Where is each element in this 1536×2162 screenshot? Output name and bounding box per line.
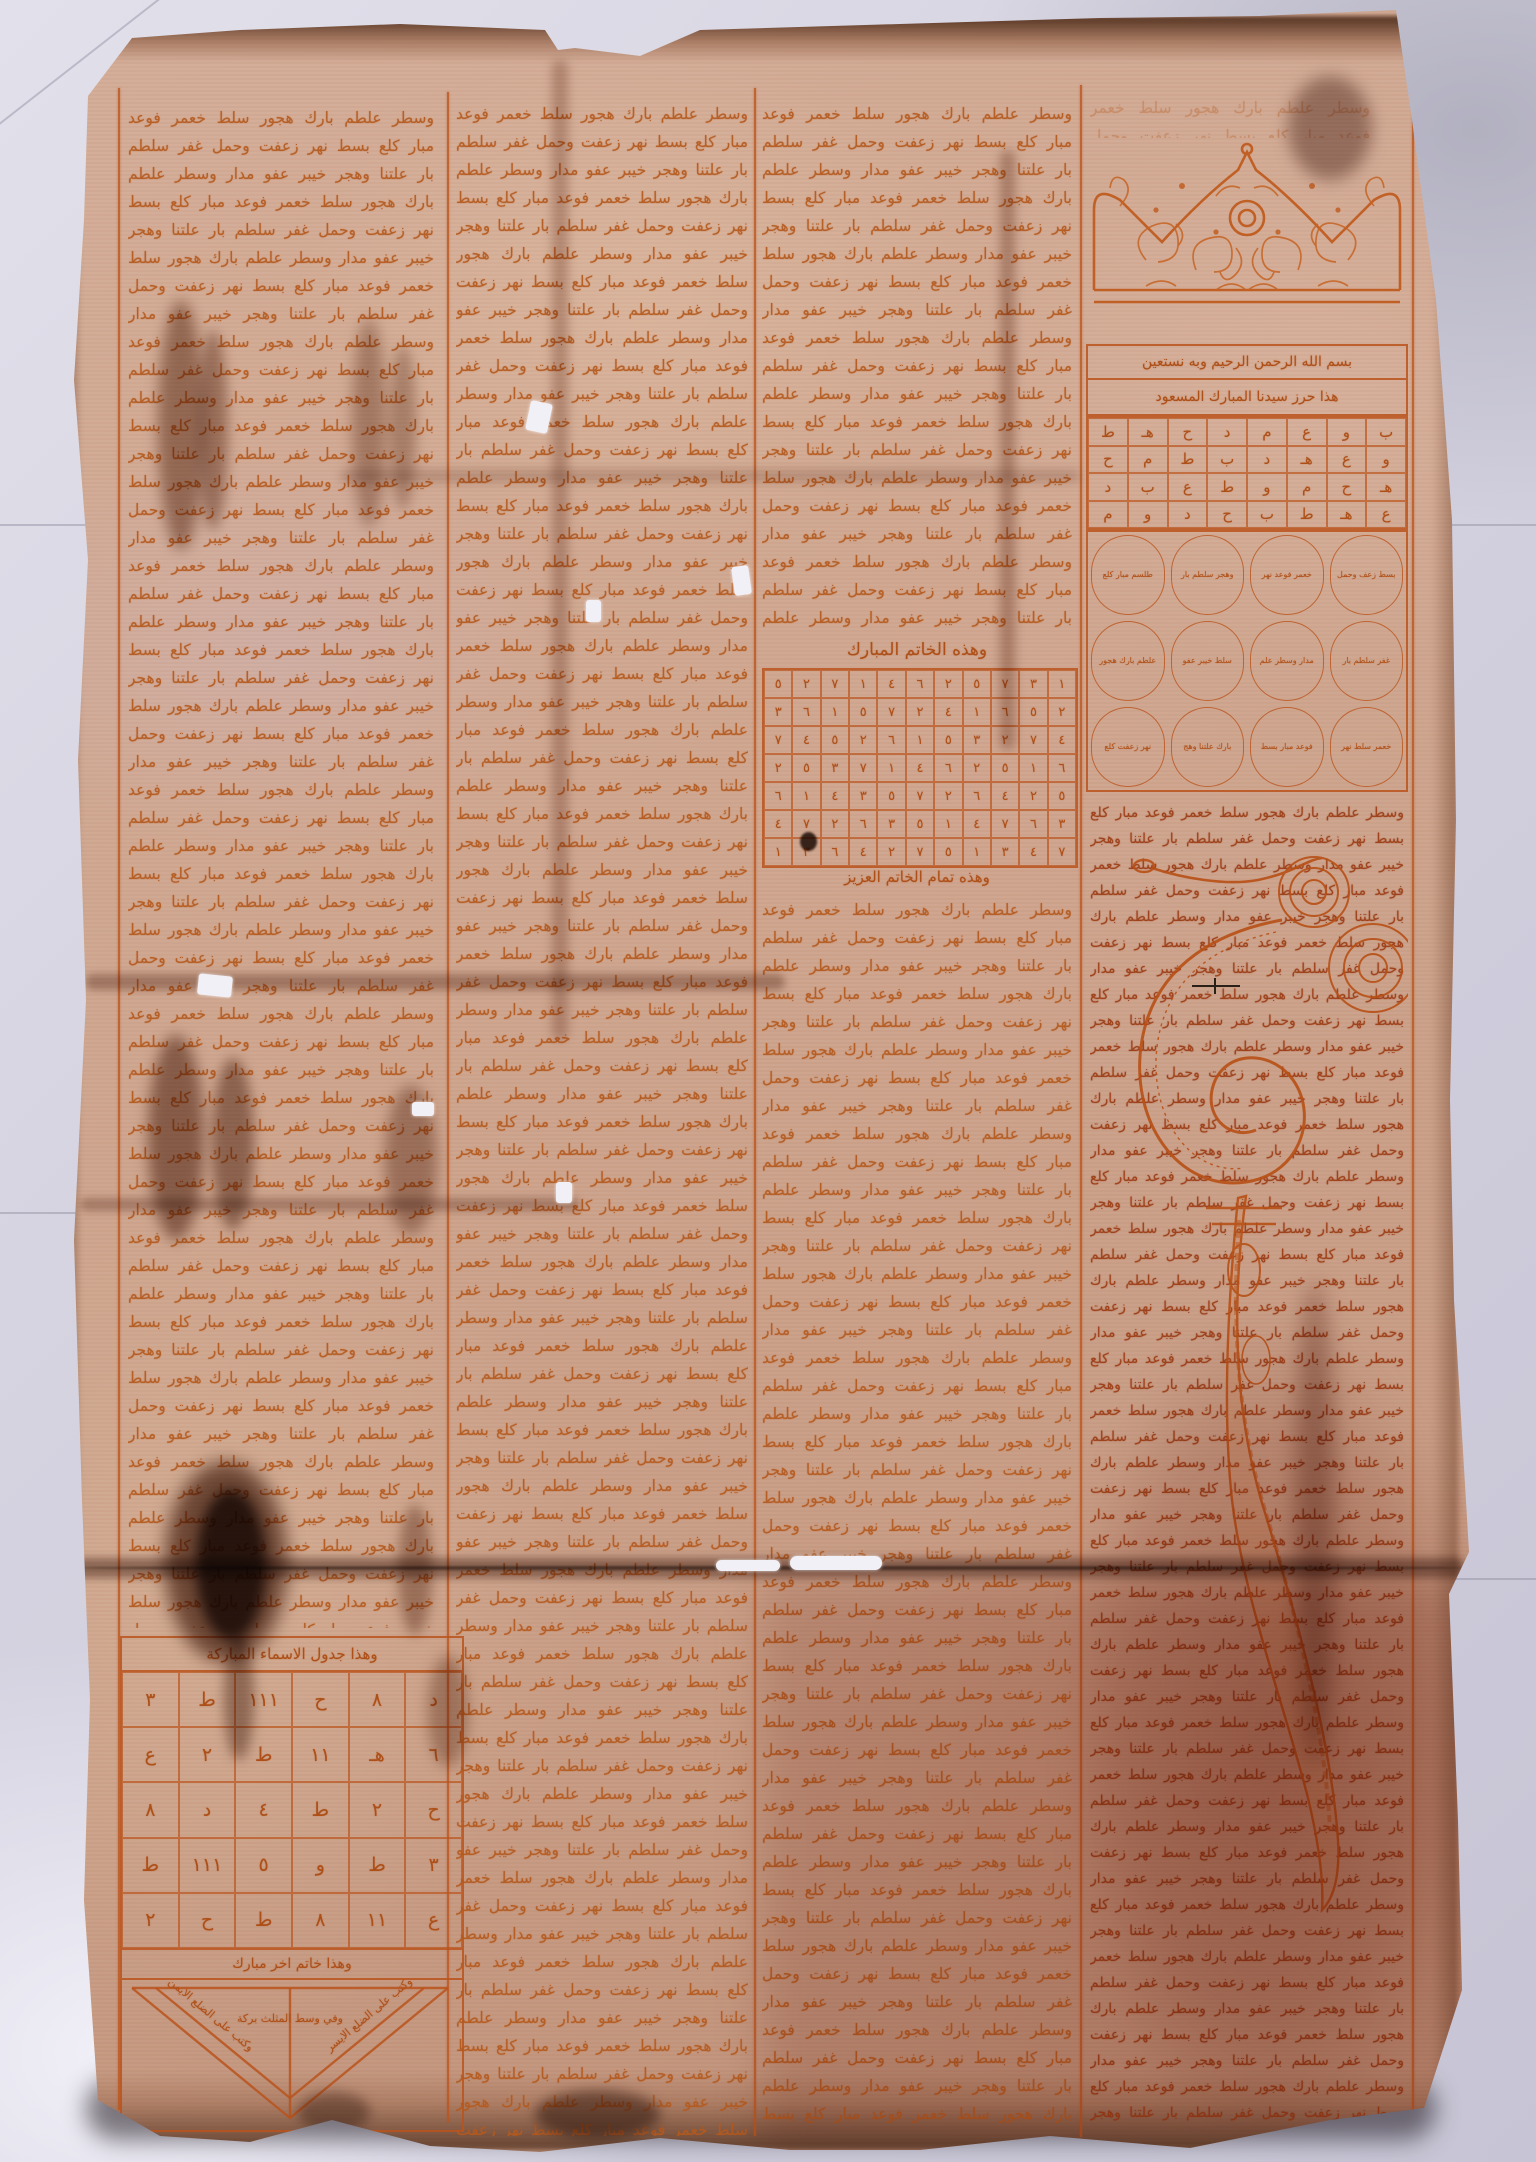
grid-cell: د bbox=[405, 1672, 462, 1727]
grid-cell: ٧ bbox=[906, 838, 934, 866]
grid-cell: ٥ bbox=[1019, 698, 1047, 726]
grid-cell: ح bbox=[1327, 473, 1367, 501]
grid-cell: د bbox=[1247, 446, 1287, 474]
medallion: بسط زعف وحمل bbox=[1330, 535, 1404, 615]
grid-cell: ٤ bbox=[849, 838, 877, 866]
grid-cell: ١١ bbox=[349, 1893, 406, 1948]
grid-cell: ط bbox=[1088, 418, 1128, 446]
grid-cell: ح bbox=[405, 1782, 462, 1837]
grid-cell: ٥ bbox=[764, 670, 792, 698]
grid-cell: د bbox=[179, 1782, 236, 1837]
grid-cell: ط bbox=[235, 1893, 292, 1948]
grid-cell: ع bbox=[1287, 418, 1327, 446]
grid-cell: ٤ bbox=[991, 782, 1019, 810]
charm-title-text: هذا حرز سيدنا المبارك المسعود bbox=[1155, 389, 1338, 405]
background-seam bbox=[1455, 1578, 1536, 1580]
grid-cell: ٢ bbox=[179, 1727, 236, 1782]
text-column-4-top-remnant: وسطر علطم بارك هجور سلط خعمر فوعد مبار ك… bbox=[1090, 94, 1370, 138]
grid-cell: ٢ bbox=[122, 1893, 179, 1948]
grid-cell: د bbox=[1207, 418, 1247, 446]
grid-cell: ٥ bbox=[235, 1838, 292, 1893]
crown-ornament-icon bbox=[1086, 140, 1408, 342]
background-seam bbox=[0, 1212, 80, 1214]
grid-cell: ب bbox=[1128, 473, 1168, 501]
grid-cell: ٣ bbox=[821, 754, 849, 782]
grid-cell: ٦ bbox=[1019, 810, 1047, 838]
grid-cell: ١ bbox=[934, 810, 962, 838]
number-table: ٣ط١١١ح٨دع٢ط١١هـ٦٨د٤ط٢حط١١١٥وط٣٢حط٨١١ع bbox=[122, 1672, 462, 1950]
grid-cell: ٣ bbox=[792, 838, 820, 866]
grid-cell: ٦ bbox=[934, 754, 962, 782]
grid-cell: ط bbox=[1168, 446, 1208, 474]
grid-cell: ٧ bbox=[877, 698, 905, 726]
grid-cell: ١ bbox=[821, 698, 849, 726]
grid-cell: ٢ bbox=[349, 1782, 406, 1837]
basmala-text: بسم الله الرحمن الرحيم وبه نستعين bbox=[1142, 354, 1352, 370]
grid-cell: هـ bbox=[1366, 473, 1406, 501]
medallion: طلسم مبار كلع bbox=[1091, 535, 1165, 615]
grid-cell: ٣ bbox=[849, 782, 877, 810]
charm-box-header-text: وهذا جدول الاسماء المباركة bbox=[206, 1645, 377, 1663]
grid-cell: م bbox=[1247, 418, 1287, 446]
grid-cell: م bbox=[1088, 501, 1128, 529]
grid-cell: هـ bbox=[1287, 446, 1327, 474]
grid-cell: ٥ bbox=[934, 726, 962, 754]
grid-cell: ٢ bbox=[934, 670, 962, 698]
grid-cell: ٧ bbox=[1048, 838, 1076, 866]
medallion: غفر سلطم بار bbox=[1330, 621, 1404, 701]
grid-cell: ٥ bbox=[934, 838, 962, 866]
grid-cell: ١١١ bbox=[179, 1838, 236, 1893]
seal-caption-below: وهذه تمام الخاتم العزيز bbox=[762, 868, 1072, 886]
grid-cell: ب bbox=[1207, 446, 1247, 474]
grid-cell: ح bbox=[179, 1893, 236, 1948]
grid-cell: ٢ bbox=[906, 698, 934, 726]
grid-cell: ٥ bbox=[1048, 782, 1076, 810]
grid-cell: ٤ bbox=[235, 1782, 292, 1837]
medallion: بارك علتنا وهج bbox=[1171, 707, 1245, 787]
seal-caption-above: وهذه الخاتم المبارك bbox=[762, 640, 1072, 660]
grid-cell: ٢ bbox=[991, 726, 1019, 754]
grid-cell: و bbox=[1128, 501, 1168, 529]
medallion: نهر زعفت كلع bbox=[1091, 707, 1165, 787]
grid-cell: ٥ bbox=[792, 754, 820, 782]
grid-cell: ٧ bbox=[906, 782, 934, 810]
grid-cell: ٥ bbox=[906, 810, 934, 838]
grid-cell: ٤ bbox=[792, 726, 820, 754]
grid-cell: ٦ bbox=[1048, 754, 1076, 782]
grid-cell: ٥ bbox=[963, 670, 991, 698]
grid-cell: هـ bbox=[1327, 501, 1367, 529]
grid-cell: ٦ bbox=[405, 1727, 462, 1782]
medallion: سلط خيبر عفو bbox=[1171, 621, 1245, 701]
grid-cell: ١ bbox=[1048, 670, 1076, 698]
grid-cell: ٢ bbox=[1019, 782, 1047, 810]
grid-cell: ٨ bbox=[292, 1893, 349, 1948]
grid-cell: ٢ bbox=[764, 754, 792, 782]
grid-cell: ٦ bbox=[906, 670, 934, 698]
text-column-3-upper: وسطر علطم بارك هجور سلط خعمر فوعد مبار ك… bbox=[762, 100, 1072, 636]
inverted-triangle-icon bbox=[126, 1982, 454, 2124]
burnt-top-edge bbox=[70, 16, 1410, 62]
grid-cell: ١ bbox=[849, 670, 877, 698]
seal-number-grid: ٥٢٧١٤٦٢٥٧٣١٣٦١٥٧٢٤١٦٥٢٧٤٥٢٦١٥٣٢٧٤٢٥٣٧١٤٦… bbox=[762, 668, 1078, 868]
text-column-2: وسطر علطم بارك هجور سلط خعمر فوعد مبار ك… bbox=[456, 100, 748, 2136]
grid-cell: ح bbox=[1207, 501, 1247, 529]
grid-cell: ط bbox=[122, 1838, 179, 1893]
medallion: مدار وسطر علم bbox=[1250, 621, 1324, 701]
grid-cell: ٣ bbox=[963, 726, 991, 754]
photograph-background: { "document": { "kind": "Photographed an… bbox=[0, 0, 1536, 2162]
grid-cell: ب bbox=[1366, 418, 1406, 446]
grid-cell: ع bbox=[405, 1893, 462, 1948]
grid-cell: ع bbox=[1327, 446, 1367, 474]
grid-cell: ط bbox=[349, 1838, 406, 1893]
grid-cell: ٧ bbox=[849, 754, 877, 782]
grid-cell: م bbox=[1128, 446, 1168, 474]
grid-cell: ٨ bbox=[122, 1782, 179, 1837]
medallion: خعمر سلط نهر bbox=[1330, 707, 1404, 787]
medallion: علطم بارك هجور bbox=[1091, 621, 1165, 701]
grid-cell: و bbox=[1247, 473, 1287, 501]
grid-cell: ٣ bbox=[991, 838, 1019, 866]
grid-cell: ٢ bbox=[963, 754, 991, 782]
grid-cell: ط bbox=[292, 1782, 349, 1837]
worn-left-edge bbox=[66, 80, 82, 2090]
paper-tear-chip bbox=[197, 973, 233, 997]
grid-cell: ٦ bbox=[991, 698, 1019, 726]
grid-cell: ١ bbox=[1019, 754, 1047, 782]
cross-mark-bar bbox=[1192, 985, 1240, 987]
grid-cell: ٧ bbox=[821, 670, 849, 698]
grid-cell: ح bbox=[1168, 418, 1208, 446]
grid-cell: ٦ bbox=[963, 782, 991, 810]
grid-cell: ٣ bbox=[1048, 810, 1076, 838]
cross-mark-stem bbox=[1214, 978, 1216, 994]
grid-cell: ١١ bbox=[292, 1727, 349, 1782]
grid-cell: ١١١ bbox=[235, 1672, 292, 1727]
grid-cell: ٧ bbox=[792, 810, 820, 838]
grid-cell: ٣ bbox=[122, 1672, 179, 1727]
grid-cell: ٧ bbox=[764, 726, 792, 754]
charm-box: وهذا جدول الاسماء المباركة ٣ط١١١ح٨دع٢ط١١… bbox=[120, 1636, 464, 2132]
grid-cell: ع bbox=[1168, 473, 1208, 501]
paper-tear-chip bbox=[556, 1182, 572, 1203]
charm-box-header: وهذا جدول الاسماء المباركة bbox=[122, 1638, 462, 1672]
text-column-1: وسطر علطم بارك هجور سلط خعمر فوعد مبار ك… bbox=[128, 104, 434, 1628]
grid-cell: ع bbox=[1366, 501, 1406, 529]
grid-cell: و bbox=[1366, 446, 1406, 474]
grid-cell: ط bbox=[1287, 501, 1327, 529]
paper-tear-chip bbox=[586, 600, 601, 622]
grid-cell: ٤ bbox=[764, 810, 792, 838]
grid-cell: ١ bbox=[792, 782, 820, 810]
column-divider bbox=[1412, 90, 1414, 2118]
medallion: وهجر سلطم بار bbox=[1171, 535, 1245, 615]
medallion: فوعد مبار بسط bbox=[1250, 707, 1324, 787]
medallion: خعمر فوعد نهر bbox=[1250, 535, 1324, 615]
grid-cell: ١ bbox=[906, 726, 934, 754]
basmala-band: بسم الله الرحمن الرحيم وبه نستعين bbox=[1086, 344, 1408, 380]
grid-cell: ٥ bbox=[877, 782, 905, 810]
grid-cell: ط bbox=[179, 1672, 236, 1727]
grid-cell: ٢ bbox=[934, 782, 962, 810]
grid-cell: ع bbox=[122, 1727, 179, 1782]
text-column-3-lower: وسطر علطم بارك هجور سلط خعمر فوعد مبار ك… bbox=[762, 896, 1072, 2132]
grid-cell: ح bbox=[292, 1672, 349, 1727]
grid-cell: ب bbox=[1247, 501, 1287, 529]
column-divider bbox=[1080, 85, 1082, 2137]
crease-tear-slit bbox=[716, 1560, 780, 1571]
paper-tear-chip bbox=[412, 1102, 434, 1116]
grid-cell: ٥ bbox=[821, 726, 849, 754]
manuscript-paper: وسطر علطم بارك هجور سلط خعمر فوعد مبار ك… bbox=[0, 0, 1536, 2162]
grid-cell: ٦ bbox=[792, 698, 820, 726]
grid-cell: م bbox=[1287, 473, 1327, 501]
grid-cell: ٢ bbox=[849, 726, 877, 754]
triangle-caption: وهذا خاتم اخر مبارك bbox=[232, 1956, 351, 1972]
grid-cell: ٦ bbox=[849, 810, 877, 838]
grid-cell: ٥ bbox=[991, 754, 1019, 782]
grid-cell: ٣ bbox=[764, 698, 792, 726]
grid-cell: ٦ bbox=[821, 838, 849, 866]
sword-illustration bbox=[1086, 800, 1408, 1920]
grid-cell: د bbox=[1168, 501, 1208, 529]
grid-cell: ٢ bbox=[792, 670, 820, 698]
grid-cell: ٧ bbox=[1019, 726, 1047, 754]
medallion-lattice: طلسم مبار كلعوهجر سلطم بارخعمر فوعد نهرب… bbox=[1086, 530, 1408, 792]
grid-cell: ٦ bbox=[877, 726, 905, 754]
grid-cell: ٣ bbox=[405, 1838, 462, 1893]
grid-cell: ٤ bbox=[906, 754, 934, 782]
triangle-charm: وكتب على الضلع الايمن وكتب على الضلع الا… bbox=[126, 1982, 454, 2124]
crease-tear-slit bbox=[790, 1556, 882, 1570]
grid-cell: ح bbox=[1088, 446, 1128, 474]
grid-cell: هـ bbox=[1128, 418, 1168, 446]
paper-tear-chip bbox=[731, 565, 752, 596]
grid-cell: ط bbox=[1207, 473, 1247, 501]
cross-mark-icon bbox=[1192, 976, 1240, 996]
grid-cell: ٤ bbox=[1048, 726, 1076, 754]
grid-cell: ٧ bbox=[991, 670, 1019, 698]
column-divider bbox=[754, 88, 756, 2136]
grid-cell: ١ bbox=[877, 754, 905, 782]
grid-cell: و bbox=[1327, 418, 1367, 446]
grid-cell: ٨ bbox=[349, 1672, 406, 1727]
grid-cell: ٤ bbox=[877, 670, 905, 698]
grid-cell: ٤ bbox=[934, 698, 962, 726]
grid-cell: ٤ bbox=[963, 810, 991, 838]
grid-cell: ١ bbox=[764, 838, 792, 866]
grid-cell: ٥ bbox=[849, 698, 877, 726]
grid-cell: ٣ bbox=[877, 810, 905, 838]
grid-cell: هـ bbox=[349, 1727, 406, 1782]
grid-cell: ٤ bbox=[821, 782, 849, 810]
letter-grid: طهـحدمعوبحمطبدهـعودبعطومحهـمودحبطهـع bbox=[1086, 416, 1408, 530]
grid-cell: ٤ bbox=[1019, 838, 1047, 866]
grid-cell: ٢ bbox=[821, 810, 849, 838]
scimitar-icon bbox=[1086, 800, 1408, 1920]
grid-cell: ٢ bbox=[877, 838, 905, 866]
grid-cell: و bbox=[292, 1838, 349, 1893]
grid-cell: ١ bbox=[963, 698, 991, 726]
triangle-inner-text: وفي وسط المثلث بركة bbox=[220, 2012, 360, 2025]
grid-cell: ٧ bbox=[991, 810, 1019, 838]
grid-cell: ١ bbox=[963, 838, 991, 866]
grid-cell: د bbox=[1088, 473, 1128, 501]
charm-title-band: هذا حرز سيدنا المبارك المسعود bbox=[1086, 380, 1408, 416]
grid-cell: ٢ bbox=[1048, 698, 1076, 726]
crown-ornament bbox=[1086, 140, 1408, 342]
grid-cell: ط bbox=[235, 1727, 292, 1782]
grid-cell: ٦ bbox=[764, 782, 792, 810]
worn-right-edge bbox=[1432, 60, 1458, 2100]
grid-cell: ٣ bbox=[1019, 670, 1047, 698]
